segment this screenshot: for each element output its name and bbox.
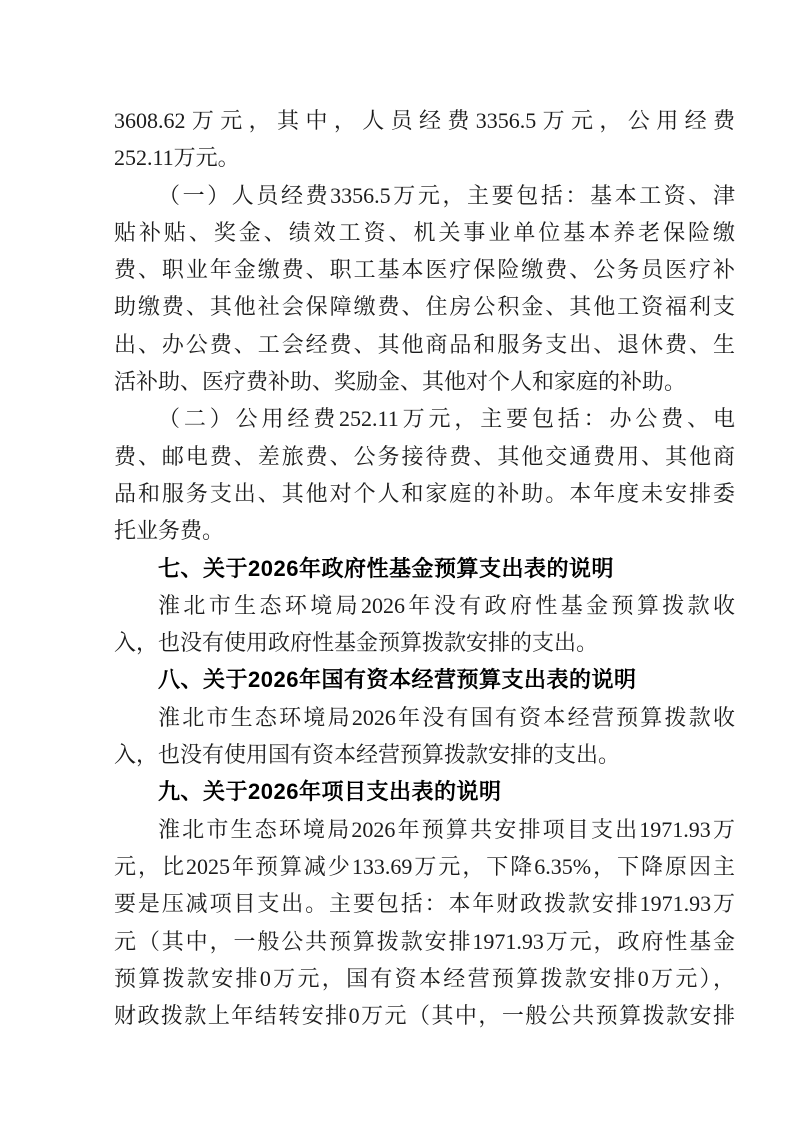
text-line: 预算拨款安排0万元，国有资本经营预算拨款安排0万元）， xyxy=(114,960,735,997)
section-heading: 九、关于2026年项目支出表的说明 xyxy=(114,773,735,810)
text-line: 252.11万元。 xyxy=(114,139,735,176)
text-line: 费、邮电费、差旅费、公务接待费、其他交通费用、其他商 xyxy=(114,438,735,475)
text-line: 淮北市生态环境局2026年没有政府性基金预算拨款收 xyxy=(114,587,735,624)
text-line: 3608.62万元，其中，人员经费3356.5万元，公用经费 xyxy=(114,102,735,139)
text-line: 入，也没有使用国有资本经营预算拨款安排的支出。 xyxy=(114,736,735,773)
paragraph: 3608.62万元，其中，人员经费3356.5万元，公用经费252.11万元。 xyxy=(114,102,735,177)
text-line: （二）公用经费252.11万元，主要包括：办公费、电 xyxy=(114,400,735,437)
text-line: 活补助、医疗费补助、奖励金、其他对个人和家庭的补助。 xyxy=(114,363,735,400)
paragraph: （一）人员经费3356.5万元，主要包括：基本工资、津贴补贴、奖金、绩效工资、机… xyxy=(114,177,735,401)
document-page: 3608.62万元，其中，人员经费3356.5万元，公用经费252.11万元。（… xyxy=(0,0,793,1122)
text-line: 九、关于2026年项目支出表的说明 xyxy=(114,773,735,810)
text-line: 元（其中，一般公共预算拨款安排1971.93万元，政府性基金 xyxy=(114,923,735,960)
text-line: 助缴费、其他社会保障缴费、住房公积金、其他工资福利支 xyxy=(114,288,735,325)
text-line: 淮北市生态环境局2026年没有国有资本经营预算拨款收 xyxy=(114,699,735,736)
paragraph: 淮北市生态环境局2026年没有政府性基金预算拨款收入，也没有使用政府性基金预算拨… xyxy=(114,587,735,662)
text-line: 品和服务支出、其他对个人和家庭的补助。本年度未安排委 xyxy=(114,475,735,512)
text-line: 要是压减项目支出。主要包括：本年财政拨款安排1971.93万 xyxy=(114,885,735,922)
text-line: 淮北市生态环境局2026年预算共安排项目支出1971.93万 xyxy=(114,811,735,848)
paragraph: 淮北市生态环境局2026年预算共安排项目支出1971.93万元，比2025年预算… xyxy=(114,811,735,1035)
paragraph: 淮北市生态环境局2026年没有国有资本经营预算拨款收入，也没有使用国有资本经营预… xyxy=(114,699,735,774)
text-line: 入，也没有使用政府性基金预算拨款安排的支出。 xyxy=(114,624,735,661)
paragraph: （二）公用经费252.11万元，主要包括：办公费、电费、邮电费、差旅费、公务接待… xyxy=(114,400,735,549)
section-heading: 七、关于2026年政府性基金预算支出表的说明 xyxy=(114,550,735,587)
text-line: 托业务费。 xyxy=(114,512,735,549)
text-line: 费、职业年金缴费、职工基本医疗保险缴费、公务员医疗补 xyxy=(114,251,735,288)
text-line: 出、办公费、工会经费、其他商品和服务支出、退休费、生 xyxy=(114,326,735,363)
document-body: 3608.62万元，其中，人员经费3356.5万元，公用经费252.11万元。（… xyxy=(114,102,735,1034)
text-line: 八、关于2026年国有资本经营预算支出表的说明 xyxy=(114,661,735,698)
text-line: 元，比2025年预算减少133.69万元，下降6.35%，下降原因主 xyxy=(114,848,735,885)
text-line: 七、关于2026年政府性基金预算支出表的说明 xyxy=(114,550,735,587)
text-line: （一）人员经费3356.5万元，主要包括：基本工资、津 xyxy=(114,177,735,214)
text-line: 财政拨款上年结转安排0万元（其中，一般公共预算拨款安排 xyxy=(114,997,735,1034)
section-heading: 八、关于2026年国有资本经营预算支出表的说明 xyxy=(114,661,735,698)
text-line: 贴补贴、奖金、绩效工资、机关事业单位基本养老保险缴 xyxy=(114,214,735,251)
